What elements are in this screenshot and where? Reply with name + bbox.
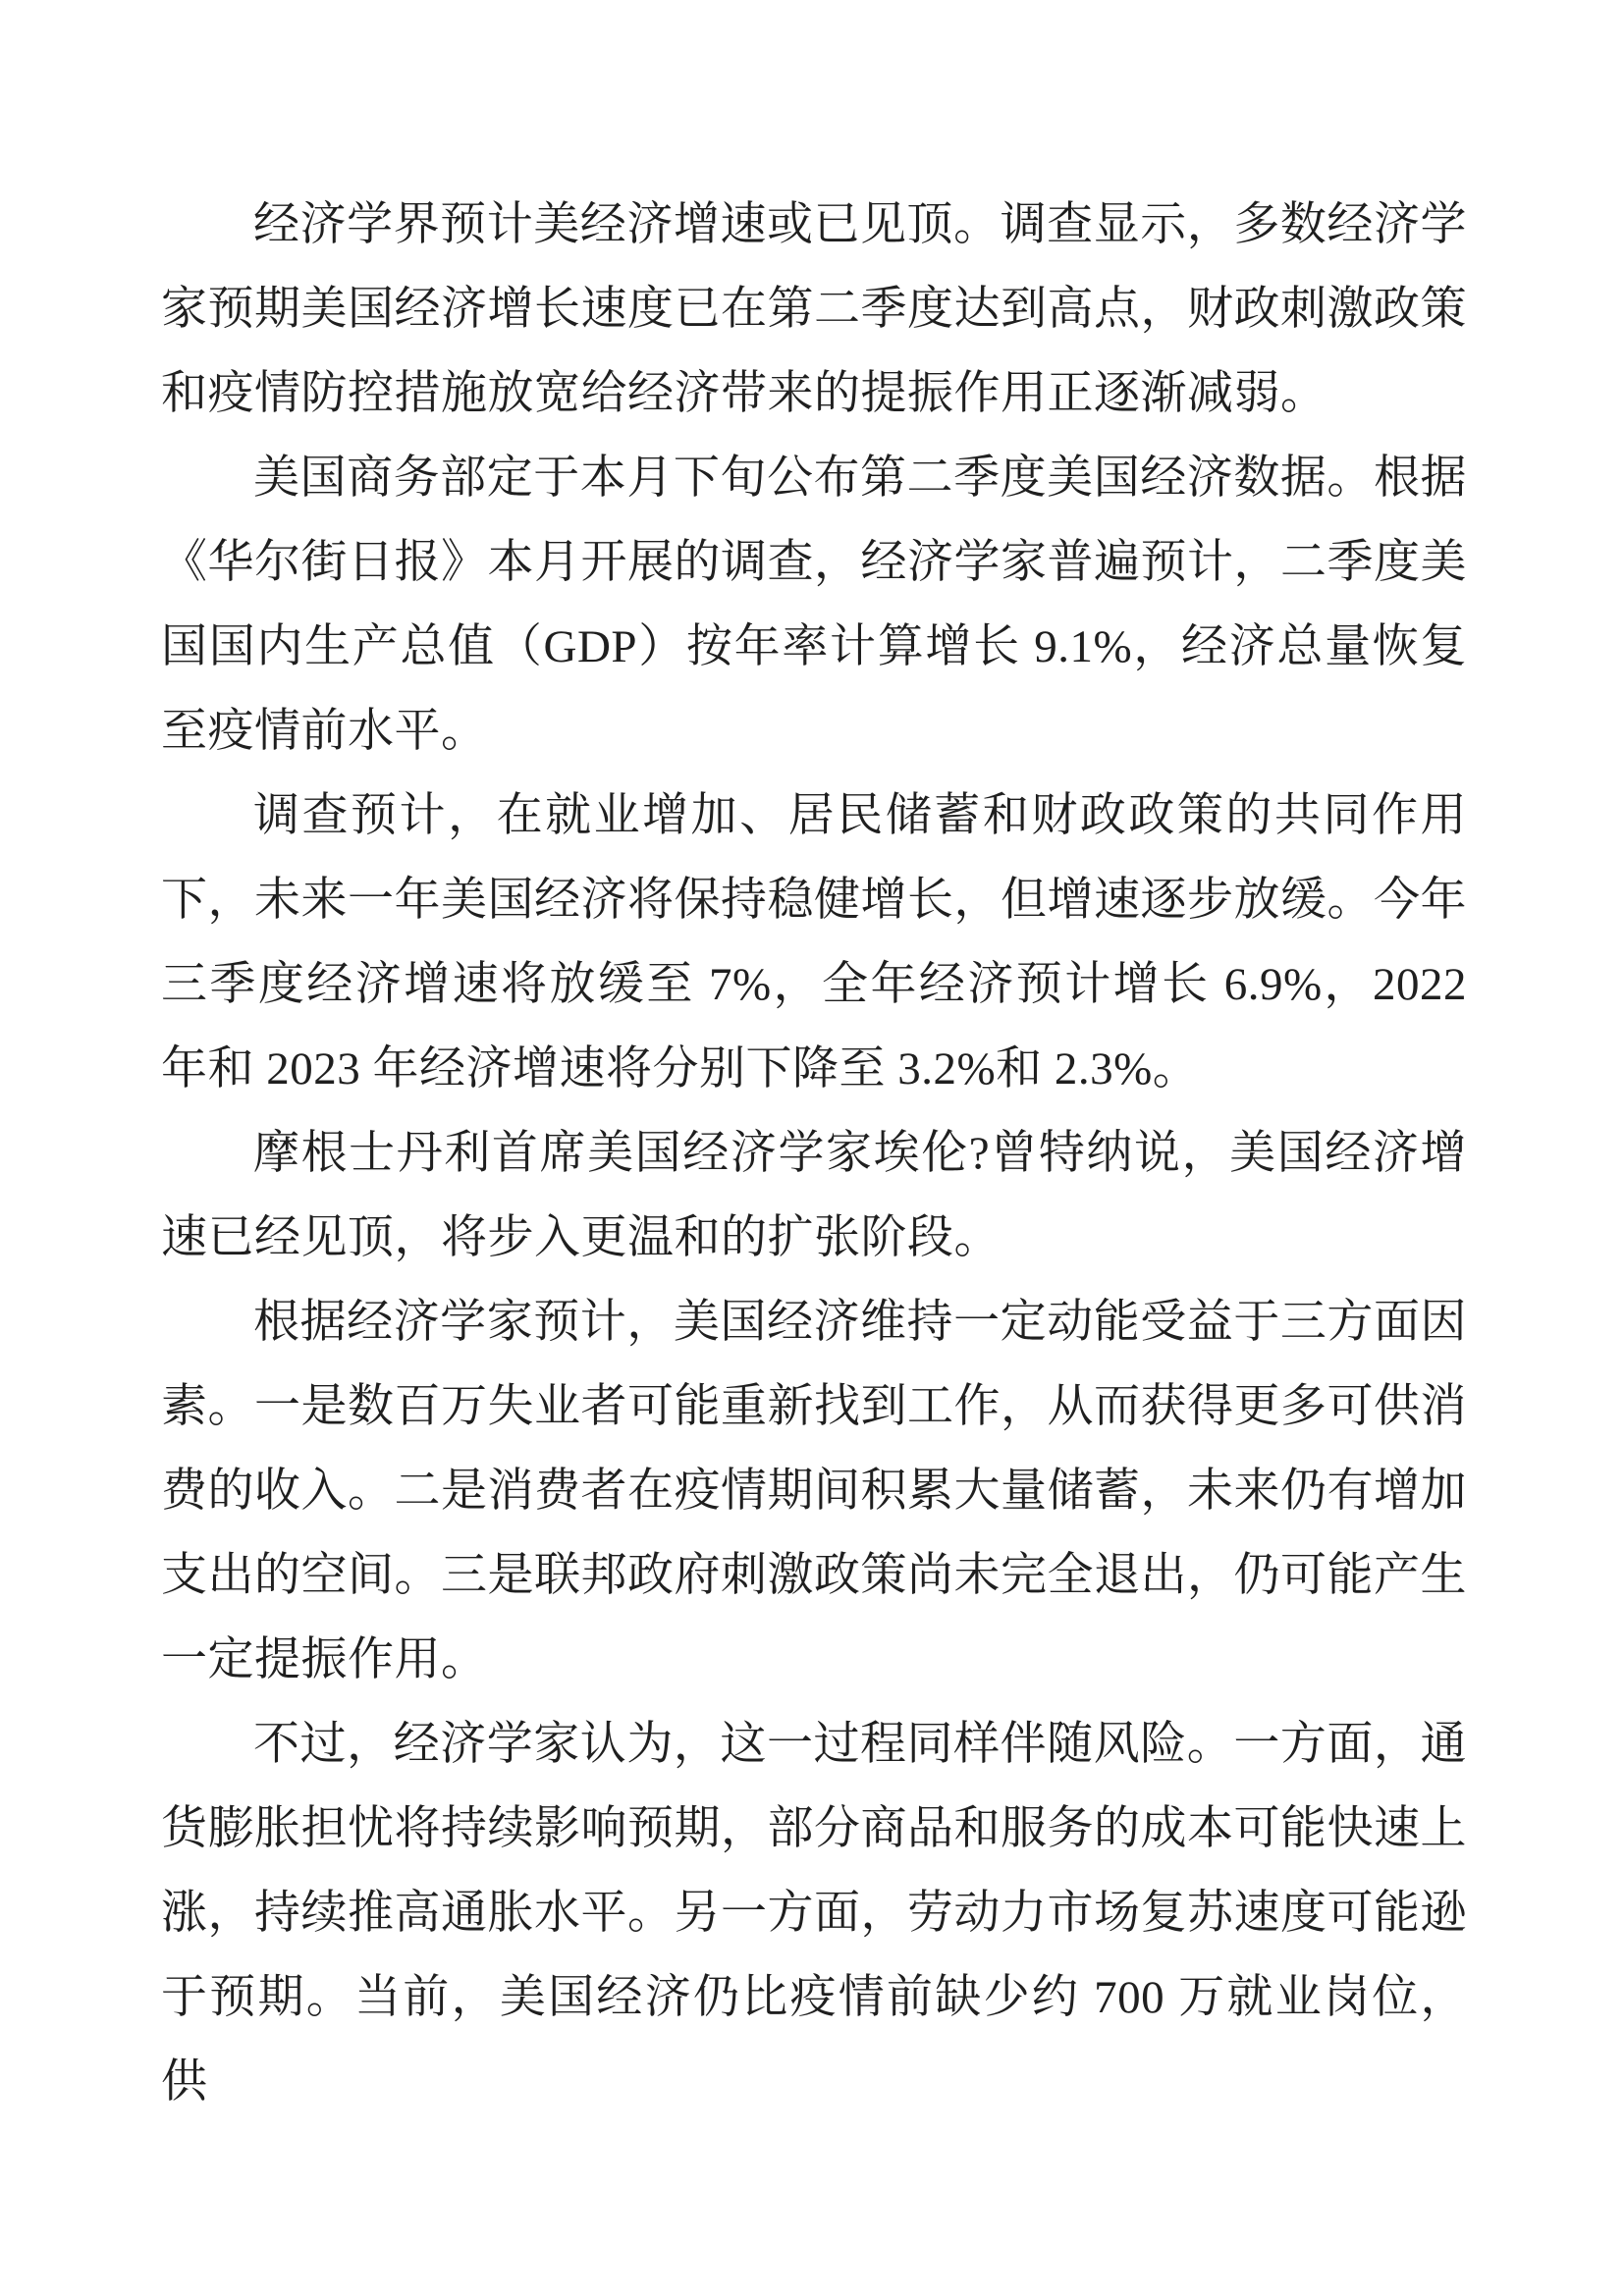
- paragraph-three-factors: 根据经济学家预计，美国经济维持一定动能受益于三方面因素。一是数百万失业者可能重新…: [161, 1280, 1467, 1702]
- paragraph-risks: 不过，经济学家认为，这一过程同样伴随风险。一方面，通货膨胀担忧将持续影响预期，部…: [161, 1702, 1467, 2124]
- document-text-area: 经济学界预计美经济增速或已见顶。调查显示，多数经济学家预期美国经济增长速度已在第…: [161, 183, 1467, 2124]
- paragraph-survey-forecast: 调查预计，在就业增加、居民储蓄和财政政策的共同作用下，未来一年美国经济将保持稳健…: [161, 774, 1467, 1111]
- paragraph-commerce-dept-gdp: 美国商务部定于本月下旬公布第二季度美国经济数据。根据《华尔街日报》本月开展的调查…: [161, 436, 1467, 774]
- paragraph-morgan-stanley-quote: 摩根士丹利首席美国经济学家埃伦?曾特纳说，美国经济增速已经见顶，将步入更温和的扩…: [161, 1111, 1467, 1280]
- paragraph-economists-peak: 经济学界预计美经济增速或已见顶。调查显示，多数经济学家预期美国经济增长速度已在第…: [161, 183, 1467, 436]
- document-page: 经济学界预计美经济增速或已见顶。调查显示，多数经济学家预期美国经济增长速度已在第…: [0, 0, 1624, 2296]
